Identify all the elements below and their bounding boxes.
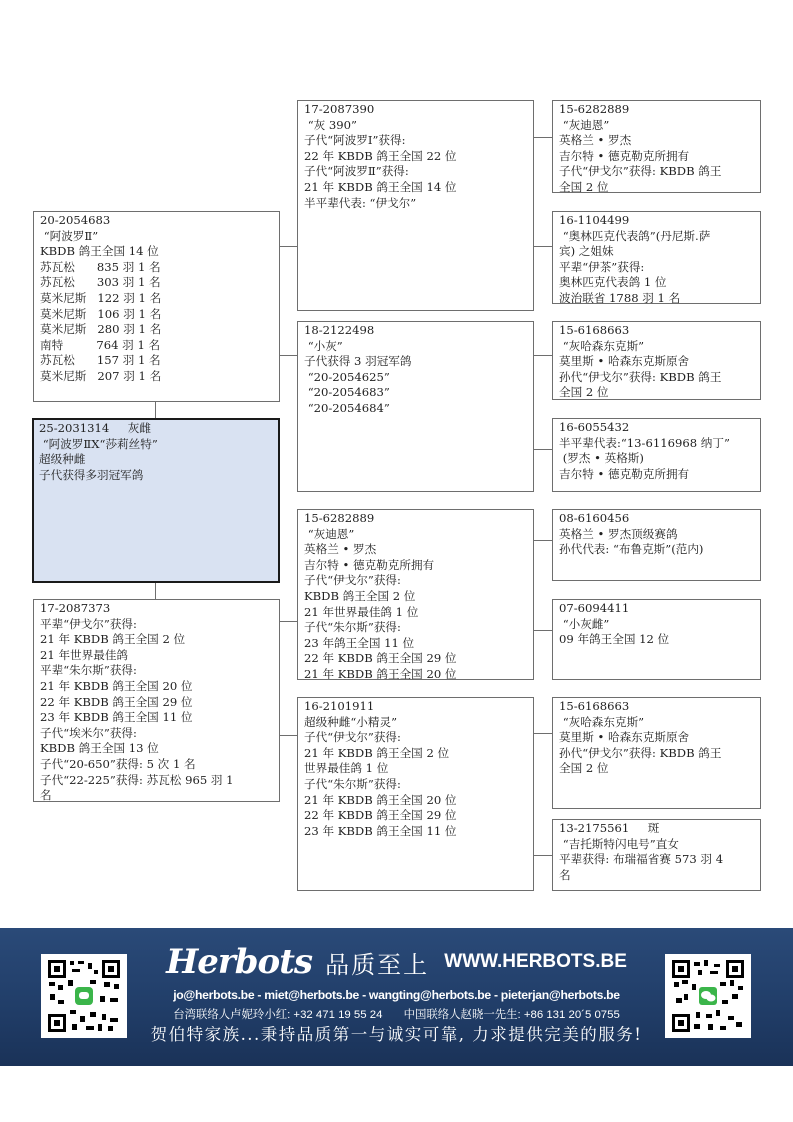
pedigree-line: 子代获得 3 羽冠军鸽 — [304, 354, 533, 370]
pedigree-line: 23 年 KBDB 鸽王全国 11 位 — [40, 710, 279, 726]
pedigree-line: 22 年 KBDB 鸽王全国 22 位 — [304, 149, 533, 165]
contact-china: 中国联络人赵晓一先生: +86 131 20´5 0755 — [404, 1009, 620, 1021]
pedigree-line: 莫里斯 • 哈森东克斯原舍 — [559, 730, 760, 746]
pedigree-line: “灰迪恩” — [304, 527, 533, 543]
pedigree-line: 半平辈代表: “伊戈尔” — [304, 196, 533, 212]
connector-dam-dam — [279, 735, 297, 736]
pedigree-line: 半平辈代表:“13-6116968 纳丁” — [559, 436, 760, 452]
pedigree-line: 超级种雌 — [39, 452, 278, 468]
pedigree-line: 21 年 KBDB 鸽王全国 2 位 — [304, 746, 533, 762]
herbots-logo: Herbots — [166, 942, 312, 982]
pedigree-line: 20-2054683 — [40, 213, 279, 229]
pedigree-line: 21 年 KBDB 鸽王全国 20 位 — [304, 667, 533, 680]
pedigree-box-dam-dam: 16-2101911超级种雌“小精灵”子代“伊戈尔”获得:21 年 KBDB 鸽… — [297, 697, 534, 891]
pedigree-line: 22 年 KBDB 鸽王全国 29 位 — [40, 695, 279, 711]
pedigree-line: 07-6094411 — [559, 601, 760, 617]
pedigree-line: 15-6282889 — [559, 102, 760, 118]
pedigree-box-sd-sire: 15-6168663 “灰哈森东克斯”莫里斯 • 哈森东克斯原舍孙代“伊戈尔”获… — [552, 321, 761, 400]
pedigree-line: 15-6168663 — [559, 323, 760, 339]
pedigree-line: 子代获得多羽冠军鸽 — [39, 468, 278, 484]
pedigree-line: “灰哈森东克斯” — [559, 339, 760, 355]
pedigree-box-ss-dam: 16-1104499 “奥林匹克代表鸽”(丹尼斯.萨宾) 之姐妹平辈“伊茶”获得… — [552, 211, 761, 304]
pedigree-line: KBDB 鸽王全国 13 位 — [40, 741, 279, 757]
pedigree-box-ds-dam: 07-6094411 “小灰雌”09 年鸽王全国 12 位 — [552, 599, 761, 680]
pedigree-line: 吉尔特 • 德克勒克所拥有 — [304, 558, 533, 574]
pedigree-line: 奥林匹克代表鸽 1 位 — [559, 275, 760, 291]
pedigree-line: 子代“朱尔斯”获得: — [304, 620, 533, 636]
connector-ds-sire — [533, 540, 552, 541]
pedigree-box-dd-dam: 13-2175561 斑 “吉托斯特闪电号”直女平辈获得: 布瑞福省赛 573 … — [552, 819, 761, 891]
pedigree-line: 13-2175561 斑 — [559, 821, 760, 837]
website-link[interactable]: WWW.HERBOTS.BE — [444, 951, 627, 972]
pedigree-line: 16-1104499 — [559, 213, 760, 229]
pedigree-line: 子代“朱尔斯”获得: — [304, 777, 533, 793]
pedigree-line: 宾) 之姐妹 — [559, 244, 760, 260]
pedigree-box-sire-sire: 17-2087390 “灰 390”子代“阿波罗Ⅰ”获得:22 年 KBDB 鸽… — [297, 100, 534, 311]
pedigree-line: 子代“伊戈尔”获得: KBDB 鸽王 — [559, 164, 760, 180]
connector-sire-dam — [279, 355, 297, 356]
pedigree-box-dd-sire: 15-6168663 “灰哈森东克斯”莫里斯 • 哈森东克斯原舍孙代“伊戈尔”获… — [552, 697, 761, 809]
pedigree-line: 23 年鸽王全国 11 位 — [304, 636, 533, 652]
pedigree-line: 平辈“朱尔斯”获得: — [40, 663, 279, 679]
footer-banner: Herbots 品质至上 WWW.HERBOTS.BE jo@herbots.b… — [0, 928, 793, 1066]
pedigree-line: 莫米尼斯 106 羽 1 名 — [40, 307, 279, 323]
pedigree-line: 子代“阿波罗Ⅰ”获得: — [304, 133, 533, 149]
pedigree-line: 苏瓦松 303 羽 1 名 — [40, 275, 279, 291]
connector-ss-sire — [533, 137, 552, 138]
pedigree-line: “小灰” — [304, 339, 533, 355]
pedigree-line: 子代“伊戈尔”获得: — [304, 730, 533, 746]
connector-ds-dam — [533, 630, 552, 631]
pedigree-line: 全国 2 位 — [559, 761, 760, 777]
pedigree-box-dam: 17-2087373平辈“伊戈尔”获得:21 年 KBDB 鸽王全国 2 位21… — [33, 599, 280, 802]
pedigree-line: 18-2122498 — [304, 323, 533, 339]
pedigree-line: 子代“20-650”获得: 5 次 1 名 — [40, 757, 279, 773]
pedigree-box-subject: 25-2031314 灰雌 “阿波罗ⅡX“莎莉丝特”超级种雌子代获得多羽冠军鸽 — [32, 418, 280, 583]
pedigree-line: “阿波罗ⅡX“莎莉丝特” — [39, 437, 278, 453]
pedigree-line: 21 年世界最佳鸽 1 位 — [304, 605, 533, 621]
pedigree-line: 21 年 KBDB 鸽王全国 14 位 — [304, 180, 533, 196]
pedigree-line: 08-6160456 — [559, 511, 760, 527]
connector-sd-dam — [533, 449, 552, 450]
pedigree-line: KBDB 鸽王全国 14 位 — [40, 244, 279, 260]
pedigree-line: 17-2087390 — [304, 102, 533, 118]
pedigree-line: 莫米尼斯 280 羽 1 名 — [40, 322, 279, 338]
pedigree-line: 子代“阿波罗Ⅱ”获得: — [304, 164, 533, 180]
pedigree-line: 平辈“伊戈尔”获得: — [40, 617, 279, 633]
pedigree-line: 16-6055432 — [559, 420, 760, 436]
pedigree-box-dam-sire: 15-6282889 “灰迪恩”英格兰 • 罗杰吉尔特 • 德克勒克所拥有子代“… — [297, 509, 534, 680]
pedigree-line: 孙代“伊戈尔”获得: KBDB 鸽王 — [559, 370, 760, 386]
pedigree-line: 英格兰 • 罗杰顶级赛鸽 — [559, 527, 760, 543]
pedigree-line: “吉托斯特闪电号”直女 — [559, 837, 760, 853]
pedigree-line: 吉尔特 • 德克勒克所拥有 — [559, 149, 760, 165]
pedigree-line: 南特 764 羽 1 名 — [40, 338, 279, 354]
pedigree-line: 22 年 KBDB 鸽王全国 29 位 — [304, 651, 533, 667]
pedigree-line: 15-6168663 — [559, 699, 760, 715]
pedigree-line: 莫米尼斯 122 羽 1 名 — [40, 291, 279, 307]
pedigree-box-sire: 20-2054683 “阿波罗Ⅱ”KBDB 鸽王全国 14 位苏瓦松 835 羽… — [33, 211, 280, 402]
pedigree-line: 15-6282889 — [304, 511, 533, 527]
pedigree-line: 平辈“伊茶”获得: — [559, 260, 760, 276]
pedigree-line: 孙代代表: “布鲁克斯”(范内) — [559, 542, 760, 558]
pedigree-line: 21 年 KBDB 鸽王全国 20 位 — [40, 679, 279, 695]
pedigree-line: 21 年 KBDB 鸽王全国 20 位 — [304, 793, 533, 809]
pedigree-line: 名 — [40, 788, 279, 802]
pedigree-line: 平辈获得: 布瑞福省赛 573 羽 4 — [559, 852, 760, 868]
pedigree-line: 21 年 KBDB 鸽王全国 2 位 — [40, 632, 279, 648]
pedigree-line: (罗杰 • 英格斯) — [559, 451, 760, 467]
pedigree-box-ds-sire: 08-6160456英格兰 • 罗杰顶级赛鸽孙代代表: “布鲁克斯”(范内) — [552, 509, 761, 581]
pedigree-line: 22 年 KBDB 鸽王全国 29 位 — [304, 808, 533, 824]
pedigree-line: 莫里斯 • 哈森东克斯原舍 — [559, 354, 760, 370]
pedigree-line: 子代“伊戈尔”获得: — [304, 573, 533, 589]
pedigree-line: “20-2054683” — [304, 385, 533, 401]
brand-slogan: 品质至上 — [325, 951, 429, 979]
pedigree-line: “灰 390” — [304, 118, 533, 134]
pedigree-line: “阿波罗Ⅱ” — [40, 229, 279, 245]
pedigree-line: 子代“22-225”获得: 苏瓦松 965 羽 1 — [40, 773, 279, 789]
pedigree-line: KBDB 鸽王全国 2 位 — [304, 589, 533, 605]
pedigree-line: “20-2054625” — [304, 370, 533, 386]
pedigree-line: 全国 2 位 — [559, 180, 760, 193]
connector-ss-dam — [533, 246, 552, 247]
pedigree-line: “奥林匹克代表鸽”(丹尼斯.萨 — [559, 229, 760, 245]
pedigree-box-sd-dam: 16-6055432半平辈代表:“13-6116968 纳丁” (罗杰 • 英格… — [552, 418, 761, 492]
connector-subject-sire — [155, 401, 156, 418]
pedigree-line: “灰迪恩” — [559, 118, 760, 134]
connector-dam-sire — [279, 621, 297, 622]
pedigree-line: “20-2054684” — [304, 401, 533, 417]
pedigree-line: 16-2101911 — [304, 699, 533, 715]
pedigree-line: 21 年世界最佳鸽 — [40, 648, 279, 664]
pedigree-box-sire-dam: 18-2122498 “小灰”子代获得 3 羽冠军鸽 “20-2054625” … — [297, 321, 534, 492]
pedigree-line: 子代“埃米尔”获得: — [40, 726, 279, 742]
pedigree-line: 莫米尼斯 207 羽 1 名 — [40, 369, 279, 385]
pedigree-line: 英格兰 • 罗杰 — [304, 542, 533, 558]
pedigree-line: 吉尔特 • 德克勒克所拥有 — [559, 467, 760, 483]
pedigree-line: 波治联省 1788 羽 1 名 — [559, 291, 760, 304]
pedigree-line: 名 — [559, 868, 760, 884]
qr-code-icon — [670, 958, 746, 1034]
pedigree-line: 孙代“伊戈尔”获得: KBDB 鸽王 — [559, 746, 760, 762]
pedigree-line: 23 年 KBDB 鸽王全国 11 位 — [304, 824, 533, 840]
pedigree-box-ss-sire: 15-6282889 “灰迪恩”英格兰 • 罗杰吉尔特 • 德克勒克所拥有子代“… — [552, 100, 761, 193]
pedigree-line: 英格兰 • 罗杰 — [559, 133, 760, 149]
connector-sire-sire — [279, 246, 297, 247]
connector-subject-dam — [155, 582, 156, 599]
wechat-qr-code[interactable] — [665, 954, 751, 1038]
pedigree-line: 17-2087373 — [40, 601, 279, 617]
pedigree-line: 超级种雌“小精灵” — [304, 715, 533, 731]
contact-taiwan: 台湾联络人卢妮玲小红: +32 471 19 55 24 — [173, 1009, 382, 1021]
pedigree-line: 苏瓦松 157 羽 1 名 — [40, 353, 279, 369]
pedigree-line: 25-2031314 灰雌 — [39, 421, 278, 437]
pedigree-line: 苏瓦松 835 羽 1 名 — [40, 260, 279, 276]
pedigree-line: “小灰雌” — [559, 617, 760, 633]
connector-sd-sire — [533, 355, 552, 356]
pedigree-line: 全国 2 位 — [559, 385, 760, 400]
pedigree-line: 09 年鸽王全国 12 位 — [559, 632, 760, 648]
connector-dd-sire — [533, 733, 552, 734]
connector-dd-dam — [533, 855, 552, 856]
pedigree-line: 世界最佳鸽 1 位 — [304, 761, 533, 777]
pedigree-line: “灰哈森东克斯” — [559, 715, 760, 731]
